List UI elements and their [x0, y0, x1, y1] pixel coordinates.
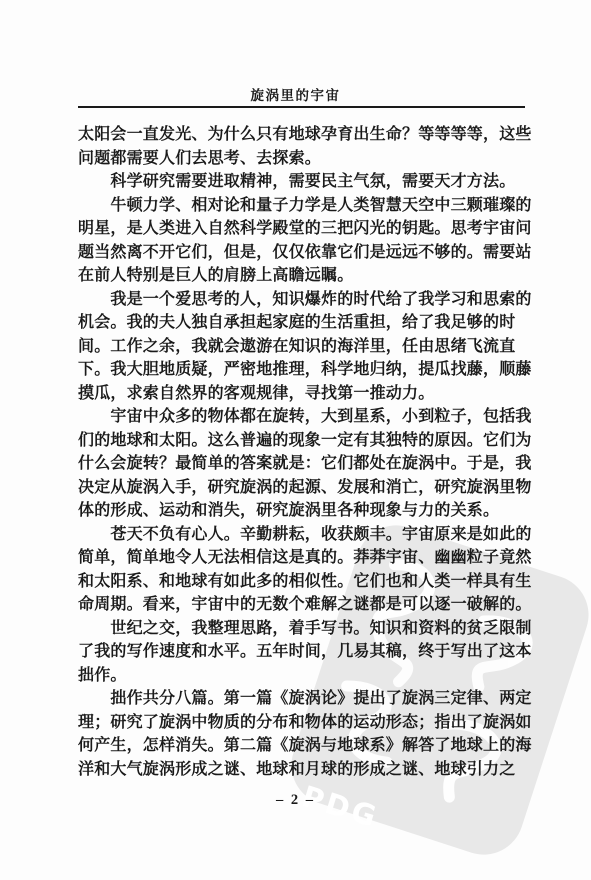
body-text-line: 科学研究需要进取精神，需要民主气氛，需要天才方法。 — [78, 170, 538, 194]
body-text-line: 什么会旋转？最简单的答案就是：它们都处在旋涡中。于是，我 — [78, 452, 538, 476]
body-text-line: 简单，简单地令人无法相信这是真的。莽莽宇宙、幽幽粒子竟然 — [78, 546, 538, 570]
body-text-line: 牛顿力学、相对论和量子力学是人类智慧天空中三颗璀璨的 — [78, 194, 538, 218]
body-text-line: 题当然离不开它们，但是，仅仅依靠它们是远远不够的。需要站 — [78, 241, 538, 265]
body-text-line: 宇宙中众多的物体都在旋转，大到星系，小到粒子，包括我 — [78, 405, 538, 429]
body-text-line: 下。我大胆地质疑，严密地推理，科学地归纳，提瓜找藤，顺藤 — [78, 358, 538, 382]
scanned-book-page: PDG 旋涡里的宇宙 太阳会一直发光、为什么只有地球孕育出生命？等等等等，这些问… — [0, 0, 591, 880]
body-text-line: 拙作共分八篇。第一篇《旋涡论》提出了旋涡三定律、两定 — [78, 687, 538, 711]
body-text-line: 世纪之交，我整理思路，着手写书。知识和资料的贫乏限制 — [78, 617, 538, 641]
body-text-line: 洋和大气旋涡形成之谜、地球和月球的形成之谜、地球引力之 — [78, 758, 538, 782]
body-text-line: 太阳会一直发光、为什么只有地球孕育出生命？等等等等，这些 — [78, 123, 538, 147]
body-text-line: 体的形成、运动和消失，研究旋涡里各种现象与力的关系。 — [78, 499, 538, 523]
body-text-line: 在前人特别是巨人的肩膀上高瞻远瞩。 — [78, 264, 538, 288]
body-text-line: 和太阳系、和地球有如此多的相似性。它们也和人类一样具有生 — [78, 570, 538, 594]
body-text-line: 决定从旋涡入手，研究旋涡的起源、发展和消亡，研究旋涡里物 — [78, 476, 538, 500]
page-content: 旋涡里的宇宙 太阳会一直发光、为什么只有地球孕育出生命？等等等等，这些问题都需要… — [0, 0, 591, 880]
header-rule — [78, 106, 525, 108]
page-number: – 2 – — [0, 792, 591, 809]
body-text-line: 理；研究了旋涡中物质的分布和物体的运动形态；指出了旋涡如 — [78, 711, 538, 735]
body-text-line: 了我的写作速度和水平。五年时间，几易其稿，终于写出了这本 — [78, 640, 538, 664]
body-text-line: 摸瓜，求索自然界的客观规律，寻找第一推动力。 — [78, 382, 538, 406]
body-text-line: 问题都需要人们去思考、去探索。 — [78, 147, 538, 171]
body-text-line: 何产生，怎样消失。第二篇《旋涡与地球系》解答了地球上的海 — [78, 734, 538, 758]
body-text-line: 间。工作之余，我就会遨游在知识的海洋里，任由思绪飞流直 — [78, 335, 538, 359]
body-text-line: 拙作。 — [78, 664, 538, 688]
body-text-line: 命周期。看来，宇宙中的无数个难解之谜都是可以逐一破解的。 — [78, 593, 538, 617]
body-text-line: 们的地球和太阳。这么普遍的现象一定有其独特的原因。它们为 — [78, 429, 538, 453]
body-text-line: 机会。我的夫人独自承担起家庭的生活重担，给了我足够的时 — [78, 311, 538, 335]
running-head-title: 旋涡里的宇宙 — [0, 84, 591, 104]
body-text: 太阳会一直发光、为什么只有地球孕育出生命？等等等等，这些问题都需要人们去思考、去… — [78, 123, 538, 781]
body-text-line: 我是一个爱思考的人，知识爆炸的时代给了我学习和思索的 — [78, 288, 538, 312]
body-text-line: 苍天不负有心人。辛勤耕耘，收获颇丰。宇宙原来是如此的 — [78, 523, 538, 547]
body-text-line: 明星，是人类进入自然科学殿堂的三把闪光的钥匙。思考宇宙问 — [78, 217, 538, 241]
